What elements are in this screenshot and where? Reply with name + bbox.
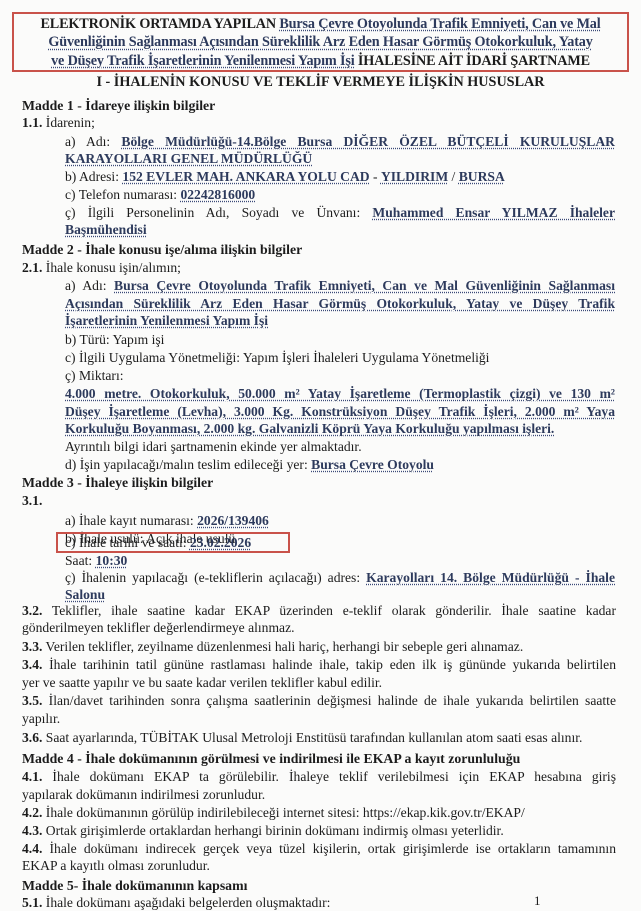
clause-3-4-line1: 3.4. İhale tarihinin tatil gününe rastla…: [22, 657, 616, 673]
quantity-text: Düşey İşaretleme (Levha), 3.000 Kg. Kons…: [65, 404, 615, 419]
clause-text: İhale dokümanının görülüp indirilebilece…: [42, 805, 524, 820]
title-prefix: ELEKTRONİK ORTAMDA YAPILAN: [40, 16, 279, 32]
clause-text: Teklifler, ihale saatine kadar EKAP üzer…: [42, 603, 616, 618]
clause-text: İhale tarihinin tatil gününe rastlaması …: [42, 657, 616, 672]
tender-venue: Karayolları 14. Bölge Müdürlüğü - İhale: [366, 570, 615, 585]
section-heading: I - İHALENİN KONUSU VE TEKLİF VERMEYE İL…: [0, 73, 641, 91]
clause-3-3: 3.3. Verilen teklifler, zeyilname düzenl…: [22, 639, 523, 655]
field-label: ç) İhalenin yapılacağı (e-tekliflerin aç…: [65, 570, 366, 585]
madde3-saat: Saat: 10:30: [65, 553, 127, 569]
clause-text: İhale dokümanı aşağıdaki belgelerden olu…: [42, 895, 330, 910]
madde3-cc-line2: Salonu: [65, 587, 105, 603]
field-label: a) Adı:: [65, 134, 121, 149]
clause-3-5-line2: yapılır.: [22, 711, 60, 727]
madde2-c: c) İlgili Uygulama Yönetmeliği: Yapım İş…: [65, 350, 489, 366]
clause-4-4-line1: 4.4. İhale dokümanı indirecek gerçek vey…: [22, 841, 616, 857]
title-project-name-2: Güvenliğinin Sağlanması Açısından Sürekl…: [48, 34, 592, 50]
project-name: Bursa Çevre Otoyolunda Trafik Emniyeti, …: [114, 278, 615, 293]
title-project-name-1: Bursa Çevre Otoyolunda Trafik Emniyeti, …: [279, 16, 600, 32]
madde2-heading: Madde 2 - İhale konusu işe/alıma ilişkin…: [22, 242, 302, 258]
clause-text: İhale dokümanı indirecek gerçek veya tüz…: [42, 841, 616, 856]
title-project-name-3: ve Düşey Trafik İşaretlerinin Yenilenmes…: [51, 53, 354, 69]
page-number: 1: [534, 893, 541, 909]
field-label: b) Adresi:: [65, 169, 122, 184]
clause-3-2-line2: gönderilmeyen teklifler değerlendirmeye …: [22, 620, 295, 636]
madde3-heading: Madde 3 - İhaleye ilişkin bilgiler: [22, 475, 213, 491]
institution-name-cont: KARAYOLLARI GENEL MÜDÜRLÜĞÜ: [65, 151, 312, 166]
clause-number: 3.4.: [22, 657, 42, 672]
title-suffix: İHALESİNE AİT İDARİ ŞARTNAME: [355, 53, 590, 69]
separator: -: [370, 169, 381, 184]
madde1-heading: Madde 1 - İdareye ilişkin bilgiler: [22, 98, 215, 114]
clause-4-4-line2: EKAP a kayıtlı olması zorunludur.: [22, 858, 210, 874]
madde2-d: d) İşin yapılacağı/malın teslim edileceğ…: [65, 457, 434, 473]
clause-number: 4.2.: [22, 805, 42, 820]
clause-number: 4.3.: [22, 823, 42, 838]
clause-number: 3.5.: [22, 693, 42, 708]
tender-registration-number: 2026/139406: [197, 513, 269, 528]
clause-3-4-line2: yer ve saatte yapılır ve bu saate kadar …: [22, 675, 382, 691]
address-city: BURSA: [459, 169, 505, 184]
clause-4-1-line1: 4.1. İhale dokümanı EKAP ta görülebilir.…: [22, 769, 616, 785]
madde5-heading: Madde 5- İhale dokümanının kapsamı: [22, 878, 247, 894]
madde1-c: c) Telefon numarası: 02242816000: [65, 187, 255, 203]
clause-text: Saat ayarlarında, TÜBİTAK Ulusal Metrolo…: [42, 730, 582, 745]
clause-number: 5.1.: [22, 895, 42, 910]
madde2-a-line2: Açısından Süreklilik Arz Eden Hasar Görm…: [65, 296, 615, 312]
clause-text: İhale konusu işin/alımın;: [42, 260, 181, 275]
madde2-cc-note: Ayrıntılı bilgi idari şartnamenin ekinde…: [65, 439, 362, 455]
contact-title: Başmühendisi: [65, 222, 147, 237]
madde1-cc-line1: ç) İlgili Personelinin Adı, Soyadı ve Ün…: [65, 205, 615, 221]
field-label: c) Telefon numarası:: [65, 187, 180, 202]
clause-3-5-line1: 3.5. İlan/davet tarihinden sonra çalışma…: [22, 693, 616, 709]
clause-number: 3.6.: [22, 730, 42, 745]
madde2-cc-line2: Düşey İşaretleme (Levha), 3.000 Kg. Kons…: [65, 404, 615, 420]
clause-number: 1.1.: [22, 115, 42, 130]
institution-name: Bölge Müdürlüğü-14.Bölge Bursa DİĞER ÖZE…: [121, 134, 615, 149]
madde2-b: b) Türü: Yapım işi: [65, 332, 164, 348]
quantity-text: Korkuluğu Boyanması, 2.000 kg. Galvanizl…: [65, 421, 554, 436]
madde2-cc-label: ç) Miktarı:: [65, 368, 124, 384]
tender-date: 23.02.2026: [190, 535, 251, 550]
madde3-c: c) İhale tarihi ve saati: 23.02.2026: [65, 535, 251, 551]
field-label: a) Adı:: [65, 278, 114, 293]
work-location: Bursa Çevre Otoyolu: [311, 457, 434, 472]
field-label: a) İhale kayıt numarası:: [65, 513, 197, 528]
address-street: 152 EVLER MAH. ANKARA YOLU CAD: [122, 169, 369, 184]
madde2-a-line3: İşaretlerinin Yenilenmesi Yapım İşi: [65, 313, 268, 329]
tender-time: 10:30: [96, 553, 128, 568]
clause-number: 3.3.: [22, 639, 42, 654]
document-title: ELEKTRONİK ORTAMDA YAPILAN Bursa Çevre O…: [16, 15, 625, 70]
clause-4-3: 4.3. Ortak girişimlerde ortaklardan herh…: [22, 823, 504, 839]
project-name-end: İşaretlerinin Yenilenmesi Yapım İşi: [65, 313, 268, 328]
madde4-heading: Madde 4 - İhale dokümanının görülmesi ve…: [22, 751, 520, 767]
field-label: ç) İlgili Personelinin Adı, Soyadı ve Ün…: [65, 205, 372, 220]
madde1-b: b) Adresi: 152 EVLER MAH. ANKARA YOLU CA…: [65, 169, 505, 185]
clause-number: 3.2.: [22, 603, 42, 618]
madde2-a-line1: a) Adı: Bursa Çevre Otoyolunda Trafik Em…: [65, 278, 615, 294]
clause-text: İlan/davet tarihinden sonra çalışma saat…: [42, 693, 616, 708]
separator: /: [448, 169, 459, 184]
madde3-cc-line1: ç) İhalenin yapılacağı (e-tekliflerin aç…: [65, 570, 615, 586]
clause-number: 2.1.: [22, 260, 42, 275]
madde2-2-1: 2.1. İhale konusu işin/alımın;: [22, 260, 181, 276]
madde1-cc-line2: Başmühendisi: [65, 222, 147, 238]
clause-4-1-line2: yapılarak dokümanın indirilmesi zorunlud…: [22, 787, 265, 803]
field-label: Saat:: [65, 553, 96, 568]
clause-3-6: 3.6. Saat ayarlarında, TÜBİTAK Ulusal Me…: [22, 730, 582, 746]
clause-number: 4.1.: [22, 769, 42, 784]
contact-person: Muhammed Ensar YILMAZ İhaleler: [372, 205, 615, 220]
address-district: YILDIRIM: [381, 169, 448, 184]
field-label: d) İşin yapılacağı/malın teslim edileceğ…: [65, 457, 311, 472]
field-label: c) İhale tarihi ve saati:: [65, 535, 190, 550]
clause-3-2-line1: 3.2. Teklifler, ihale saatine kadar EKAP…: [22, 603, 616, 619]
quantity-text: 4.000 metre. Otokorkuluk, 50.000 m² Yata…: [65, 386, 615, 401]
clause-text: İdarenin;: [42, 115, 94, 130]
clause-text: Ortak girişimlerde ortaklardan herhangi …: [42, 823, 503, 838]
clause-number: 4.4.: [22, 841, 42, 856]
clause-text: İhale dokümanı EKAP ta görülebilir. İhal…: [42, 769, 616, 784]
clause-4-2: 4.2. İhale dokümanının görülüp indirileb…: [22, 805, 525, 821]
tender-venue-cont: Salonu: [65, 587, 105, 602]
clause-5-1: 5.1. İhale dokümanı aşağıdaki belgelerde…: [22, 895, 330, 911]
madde1-a-line2: KARAYOLLARI GENEL MÜDÜRLÜĞÜ: [65, 151, 312, 167]
madde2-cc-line3: Korkuluğu Boyanması, 2.000 kg. Galvanizl…: [65, 421, 554, 437]
project-name-cont: Açısından Süreklilik Arz Eden Hasar Görm…: [65, 296, 615, 311]
madde3-3-1: 3.1.: [22, 493, 42, 509]
madde1-1-1: 1.1. İdarenin;: [22, 115, 95, 131]
document-page: ELEKTRONİK ORTAMDA YAPILAN Bursa Çevre O…: [0, 0, 641, 911]
madde1-a-line1: a) Adı: Bölge Müdürlüğü-14.Bölge Bursa D…: [65, 134, 615, 150]
madde2-cc-line1: 4.000 metre. Otokorkuluk, 50.000 m² Yata…: [65, 386, 615, 402]
clause-text: Verilen teklifler, zeyilname düzenlenmes…: [42, 639, 523, 654]
madde3-a: a) İhale kayıt numarası: 2026/139406: [65, 513, 269, 529]
phone-number: 02242816000: [180, 187, 255, 202]
